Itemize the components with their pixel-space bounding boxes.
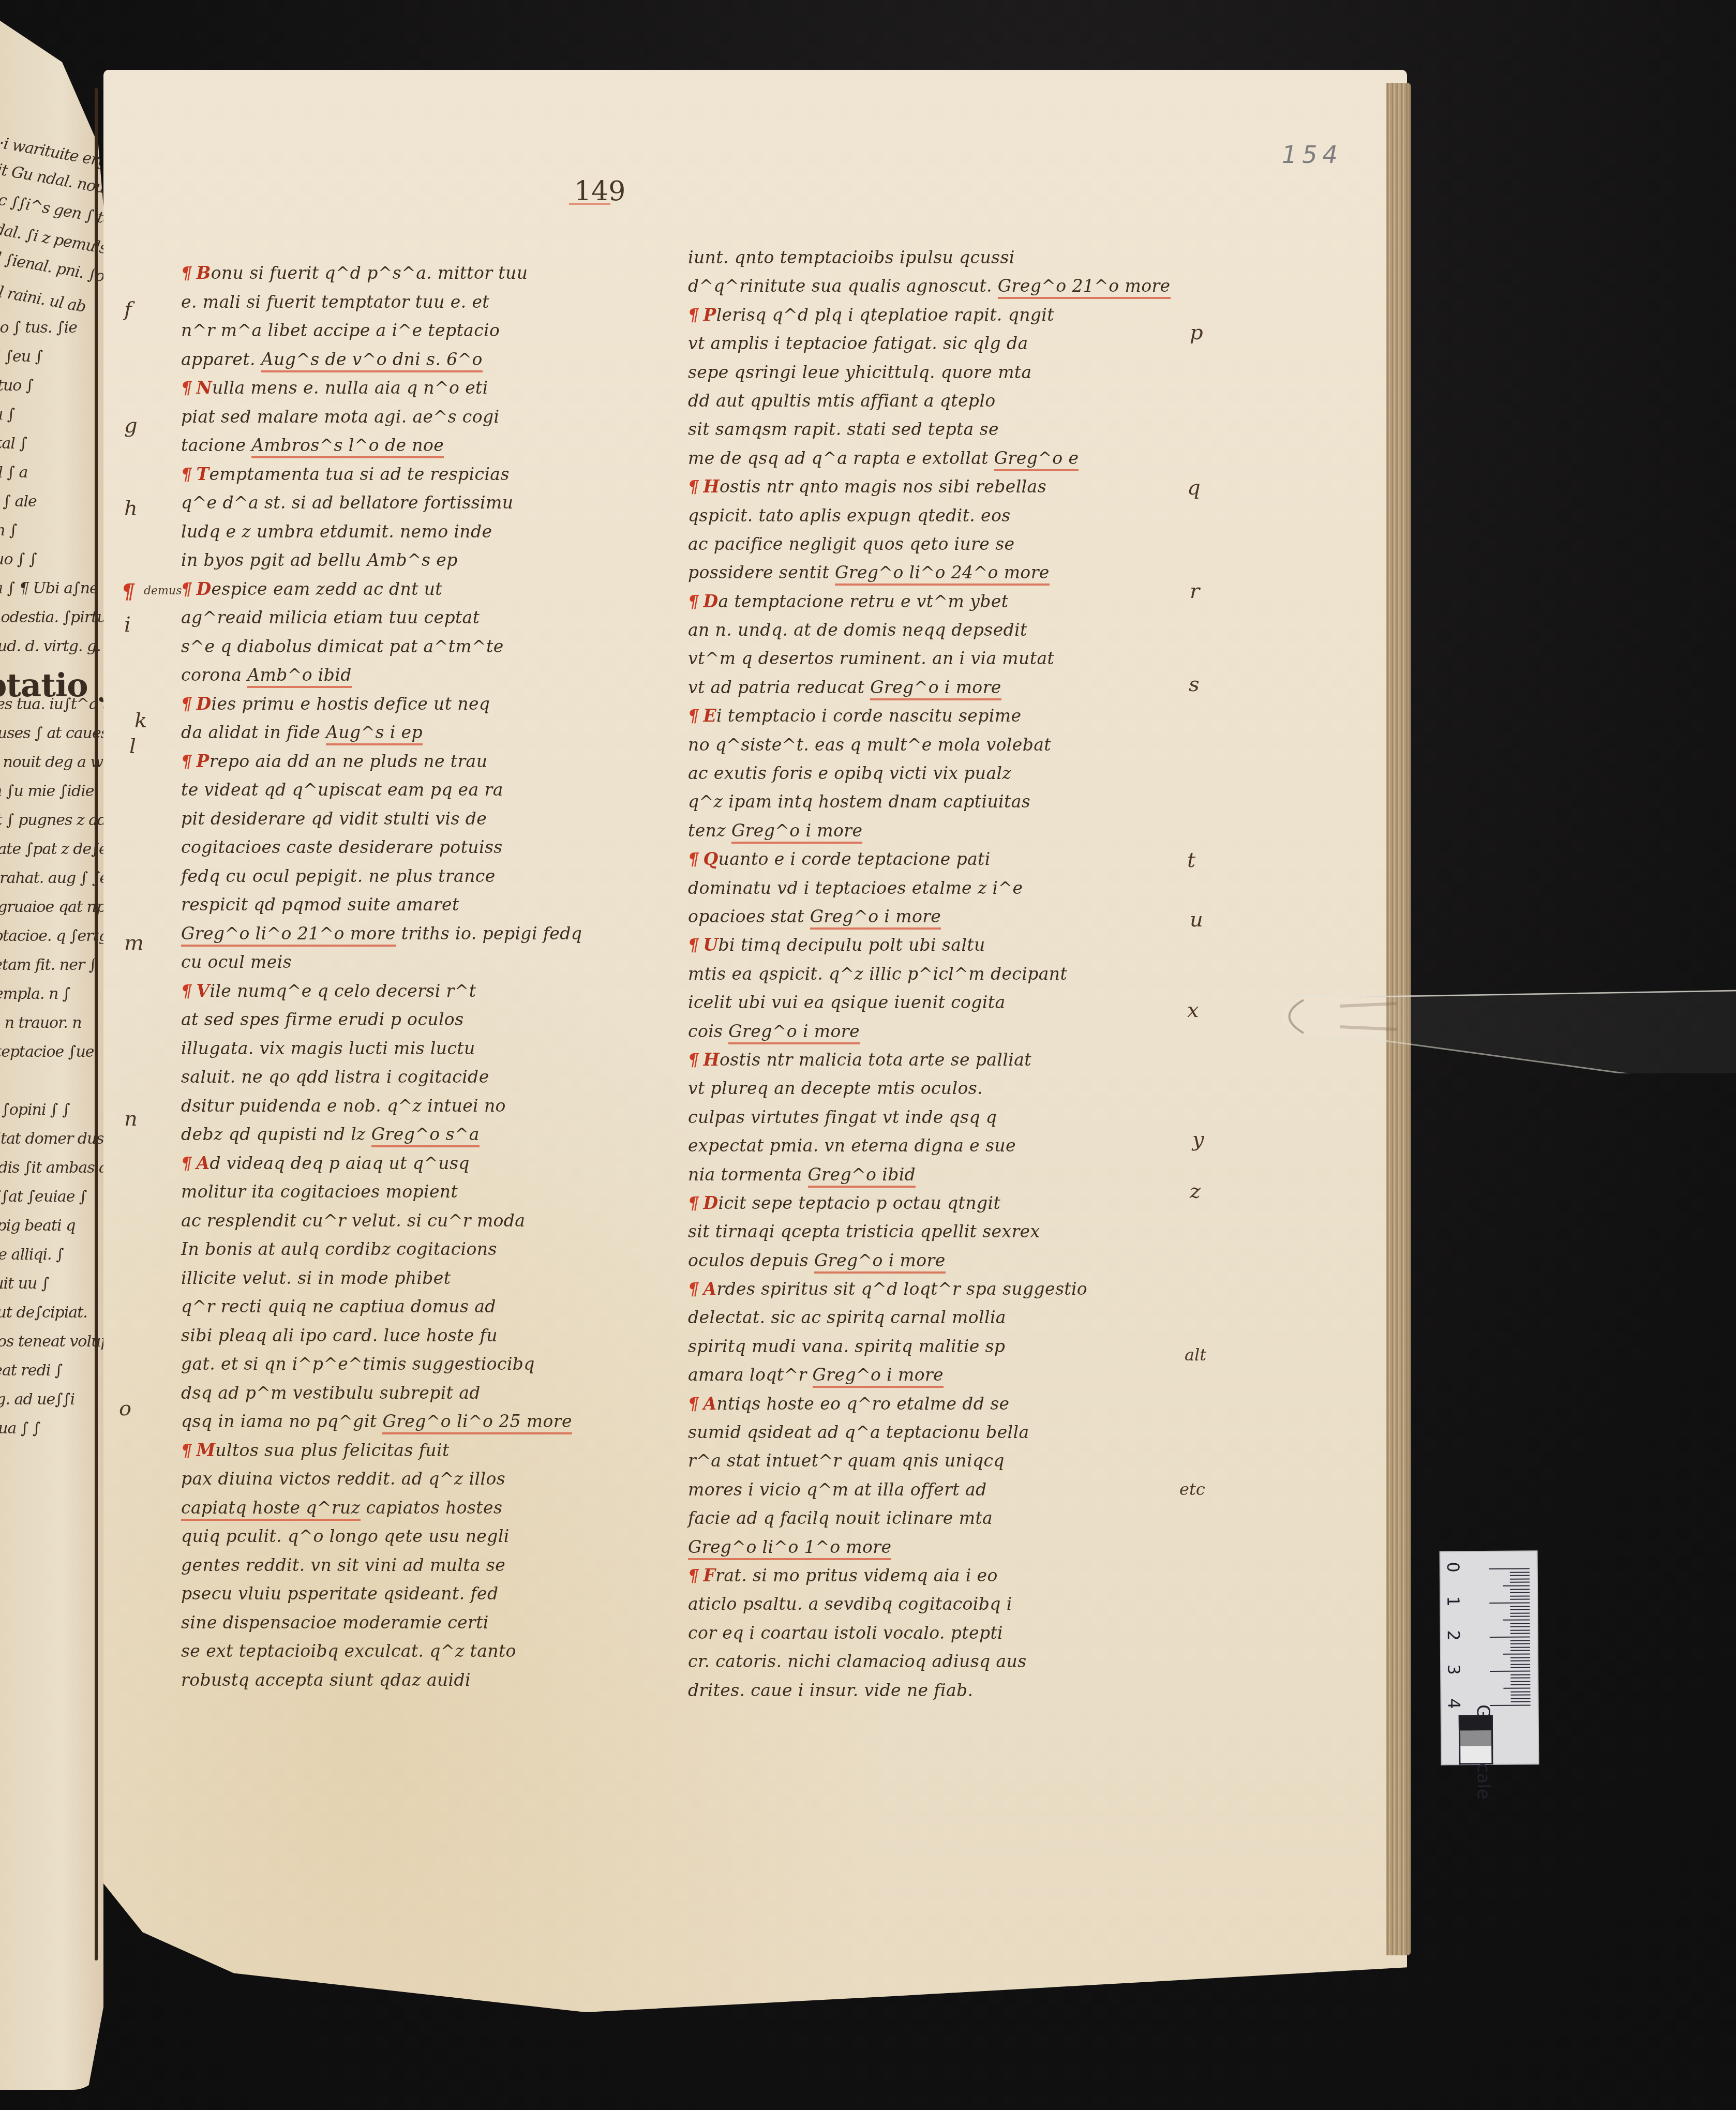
line-text: spiritq mudi vana. spiritq malitie sp [688, 1336, 1005, 1356]
ruler-tick [1489, 1602, 1530, 1604]
manuscript-line: ¶Prepo aia dd an ne pluds ne trau [181, 747, 590, 776]
line-text: ac resplendit cu^r velut. si cu^r moda [181, 1210, 525, 1231]
pilcrow-mark-icon: ¶ [685, 1189, 701, 1217]
left-page-line: . teptacioe ∫ue [0, 1043, 94, 1061]
left-page-line: nl raini. ul ab [0, 281, 87, 316]
manuscript-line: ¶Frat. si mo pritus videmq aia i eo [688, 1561, 1138, 1590]
folio-number-ink: 149 [574, 176, 625, 207]
pilcrow-mark-icon: ¶ [685, 301, 701, 329]
left-page-line: ha ∫ ¶ Ubi a∫ne [0, 579, 98, 597]
line-text: saluit. ne qo qdd listra i cogitacide [181, 1067, 489, 1087]
manuscript-line: oculos depuis Greg^o i more [688, 1246, 1138, 1275]
left-page-line: tuo ∫ tus. ∫ie [0, 319, 77, 337]
line-text: q^z ipam intq hostem dnam captiuitas [688, 791, 1030, 812]
line-text: Dicit sepe teptacio p octau qtngit [703, 1193, 1000, 1213]
ruler-tick [1510, 1589, 1530, 1590]
text-column-left: ¶Bonu si fuerit q^d p^s^a. mittor tuue. … [181, 259, 590, 1694]
manuscript-line: e. mali si fuerit temptator tuu e. et [181, 288, 590, 317]
line-text: facie ad q facilq nouit iclinare mta [688, 1508, 993, 1528]
ruler-tick [1510, 1684, 1530, 1685]
ruler-tick [1503, 1687, 1530, 1688]
line-text: Ad videaq deq p aiaq ut q^usq [196, 1153, 469, 1173]
manuscript-line: ¶Quanto e i corde teptacione pati [688, 845, 1138, 873]
manuscript-line: sine dispensacioe moderamie certi [181, 1608, 590, 1637]
margin-index-letter: alt [1185, 1345, 1206, 1365]
line-text: Despice eam zedd ac dnt ut [196, 579, 442, 599]
pilcrow-mark-icon: ¶ [178, 460, 194, 489]
manuscript-line: gat. et si qn i^p^e^timis suggestiocibq [181, 1350, 590, 1379]
line-text: drites. caue i insur. vide ne fiab. [688, 1680, 973, 1700]
line-text: Temptamenta tua si ad te respicias [196, 464, 509, 484]
manuscript-line: q^e d^a st. si ad bellatore fortissimu [181, 488, 590, 517]
margin-index-letter: h [124, 497, 138, 520]
line-text: opacioes stat [688, 906, 810, 926]
line-text: s^e q diabolus dimicat pat a^tm^te [181, 636, 504, 656]
ruler-tick [1510, 1674, 1530, 1675]
manuscript-line: ¶Nulla mens e. nulla aia q n^o eti [181, 373, 590, 402]
left-page-line: t pig beati q [0, 1217, 75, 1235]
line-text: robustq accepta siunt qdaz auidi [181, 1670, 471, 1690]
left-page-line: aud. d. virtg. g. [0, 637, 101, 655]
left-page-fragment: ·n·i warituite ergibusuit Gu ndal. nouit… [0, 21, 103, 2090]
line-text: mores i vicio q^m at illa offert ad [688, 1479, 986, 1500]
pilcrow-mark-icon: ¶ [685, 845, 701, 873]
manuscript-line: In bonis at aulq cordibz cogitacions [181, 1235, 590, 1264]
ruler-tick [1490, 1636, 1530, 1638]
pilcrow-mark-icon: ¶ [178, 690, 194, 719]
line-text: expectat pmia. vn eterna digna e sue [688, 1135, 1016, 1156]
manuscript-line: pit desiderare qd vidit stulti vis de [181, 804, 590, 833]
ruler-tick [1510, 1643, 1530, 1644]
manuscript-line: drites. caue i insur. vide ne fiab. [688, 1676, 1138, 1704]
ruler-tick-label: 1 [1443, 1596, 1463, 1607]
pilcrow-mark-icon: ¶ [685, 472, 701, 501]
manuscript-line: s^e q diabolus dimicat pat a^tm^te [181, 632, 590, 661]
margin-index-letter: o [119, 1397, 131, 1420]
rubric-citation: Greg^o i more [814, 1250, 946, 1274]
manuscript-line: mores i vicio q^m at illa offert ad [688, 1475, 1138, 1504]
rubric-citation: Greg^o li^o 24^o more [835, 562, 1050, 586]
manuscript-line: vt amplis i teptacioe fatigat. sic qlg d… [688, 329, 1138, 357]
manuscript-line: qsq in iama no pq^git Greg^o li^o 25 mor… [181, 1407, 590, 1436]
left-page-line: utal ∫ [0, 435, 27, 453]
margin-index-letter: f [124, 297, 132, 321]
manuscript-line: cois Greg^o i more [688, 1017, 1138, 1045]
rubric-citation: Aug^s i ep [326, 722, 423, 745]
manuscript-line: n^r m^a libet accipe a i^e teptacio [181, 316, 590, 345]
margin-index-letter: p [1190, 321, 1203, 345]
left-page-line: t ut de∫cipiat. [0, 1304, 87, 1322]
left-page-line: ul ∫ a [0, 463, 28, 482]
left-page-line: e rahat. aug ∫ ∫e [0, 869, 103, 887]
manuscript-line: expectat pmia. vn eterna digna e sue [688, 1131, 1138, 1160]
line-text: piat sed malare mota agi. ae^s cogi [181, 407, 499, 427]
ruler-tick-label: 2 [1444, 1630, 1463, 1641]
margin-index-letter: r [1190, 579, 1200, 603]
manuscript-line: saluit. ne qo qdd listra i cogitacide [181, 1063, 590, 1091]
manuscript-line: sit tirnaqi qcepta tristicia qpellit sex… [688, 1217, 1138, 1246]
margin-index-letter: l [129, 735, 136, 758]
line-text: Hostis ntr malicia tota arte se palliat [703, 1050, 1031, 1070]
manuscript-line: in byos pgit ad bellu Amb^s ep [181, 546, 590, 575]
rubric-citation: Greg^o i more [813, 1365, 944, 1388]
manuscript-line: cogitacioes caste desiderare potuiss [181, 833, 590, 862]
left-page-line: e∫∫at ∫euiae ∫ [0, 1188, 87, 1206]
rubric-citation: Greg^o ibid [808, 1164, 916, 1188]
ruler-tick [1510, 1572, 1530, 1573]
manuscript-line: pax diuina victos reddit. ad q^z illos [181, 1464, 590, 1493]
line-text: vt ad patria reducat [688, 677, 870, 697]
ruler-tick [1510, 1616, 1530, 1617]
manuscript-line: culpas virtutes fingat vt inde qsq q [688, 1103, 1138, 1131]
ruler-tick-label: 3 [1444, 1664, 1463, 1675]
line-text: ac exutis foris e opibq victi vix pualz [688, 763, 1011, 783]
manuscript-line: gentes reddit. vn sit vini ad multa se [181, 1551, 590, 1580]
manuscript-line: sibi pleaq ali ipo card. luce hoste fu [181, 1321, 590, 1350]
gray-swatch [1459, 1746, 1493, 1764]
ruler-tick [1490, 1670, 1530, 1672]
left-page-line: atuo ∫ [0, 377, 34, 395]
pilcrow-mark-icon: ¶ [178, 977, 194, 1006]
line-text: dd aut qpultis mtis affiant a qteplo [688, 391, 996, 411]
line-text: se ext teptacioibq exculcat. q^z tanto [181, 1641, 516, 1661]
manuscript-line: vt^m q desertos ruminent. an i via mutat [688, 644, 1138, 672]
line-text: sumid qsideat ad q^a teptacionu bella [688, 1422, 1029, 1442]
line-text: dsq ad p^m vestibulu subrepit ad [181, 1383, 481, 1403]
line-text: ludq e z umbra etdumit. nemo inde [181, 521, 492, 542]
margin-index-letter: u [1190, 908, 1203, 932]
manuscript-line: at sed spes firme erudi p oculos [181, 1005, 590, 1034]
line-text: oculos depuis [688, 1250, 814, 1270]
line-text: sit samqsm rapit. stati sed tepta se [688, 419, 999, 439]
line-text: possidere sentit [688, 562, 835, 582]
margin-index-letter: z [1190, 1179, 1201, 1203]
line-text: Prepo aia dd an ne pluds ne trau [196, 751, 487, 771]
line-text: fedq cu ocul pepigit. ne plus trance [181, 866, 496, 886]
manuscript-line: delectat. sic ac spiritq carnal mollia [688, 1303, 1138, 1331]
ruler-tick [1510, 1650, 1530, 1651]
line-text: culpas virtutes fingat vt inde qsq q [688, 1107, 997, 1127]
ruler-tick-label: 0 [1443, 1562, 1463, 1573]
line-text: e. mali si fuerit temptator tuu e. et [181, 292, 489, 312]
line-text: vt^m q desertos ruminent. an i via mutat [688, 648, 1054, 668]
ruler-tick [1510, 1623, 1530, 1624]
line-text: illicite velut. si in mode phibet [181, 1268, 451, 1288]
manuscript-line: sumid qsideat ad q^a teptacionu bella [688, 1418, 1138, 1446]
manuscript-line: ¶Ad videaq deq p aiaq ut q^usq [181, 1149, 590, 1178]
page-clip-icon [1262, 960, 1736, 1073]
line-text: me de qsq ad q^a rapta e extollat [688, 448, 994, 468]
manuscript-line: ¶Vile numq^e q celo decersi r^t [181, 977, 590, 1006]
margin-index-letter: i [124, 613, 131, 637]
margin-index-letter: etc [1179, 1479, 1205, 1499]
manuscript-line: d^q^rinitute sua qualis agnoscut. Greg^o… [688, 272, 1138, 300]
manuscript-line: dd aut qpultis mtis affiant a qteplo [688, 386, 1138, 415]
manuscript-line: no q^siste^t. eas q mult^e mola volebat [688, 730, 1138, 759]
line-text: Antiqs hoste eo q^ro etalme dd se [703, 1394, 1009, 1414]
line-text: quiq pculit. q^o longo qete usu negli [181, 1526, 510, 1546]
left-page-line: auses ∫ at caues ma [0, 724, 103, 742]
manuscript-line: sepe qsringi leue yhicittulq. quore mta [688, 358, 1138, 386]
left-page-line: ue alliqi. ∫ [0, 1246, 64, 1264]
left-page-line: bes tua. iu∫t^a tua. q [0, 695, 103, 713]
manuscript-line: spiritq mudi vana. spiritq malitie sp [688, 1332, 1138, 1360]
line-text: tenz [688, 820, 731, 841]
line-text: pax diuina victos reddit. ad q^z illos [181, 1469, 505, 1489]
manuscript-line: ¶Temptamenta tua si ad te respicias [181, 460, 590, 489]
manuscript-line: se ext teptacioibq exculcat. q^z tanto [181, 1637, 590, 1666]
manuscript-line: mtis ea qspicit. q^z illic p^icl^m decip… [688, 960, 1138, 988]
rubric-citation: Greg^o 21^o more [998, 276, 1171, 299]
manuscript-line: q^r recti quiq ne captiua domus ad [181, 1292, 590, 1321]
ruler-tick [1490, 1704, 1531, 1706]
line-text: Dies primu e hostis defice ut neq [196, 694, 490, 714]
line-text: Nulla mens e. nulla aia q n^o eti [196, 378, 488, 398]
manuscript-line: possidere sentit Greg^o li^o 24^o more [688, 558, 1138, 587]
line-text: qsq in iama no pq^git [181, 1411, 382, 1431]
left-page-line: ly ∫opini ∫ ∫ [0, 1101, 70, 1119]
line-text: da alidat in fide [181, 722, 326, 742]
ruler-tick [1511, 1701, 1531, 1702]
manuscript-line: ¶Antiqs hoste eo q^ro etalme dd se [688, 1389, 1138, 1418]
rubric-citation: Greg^o e [994, 448, 1079, 471]
ruler-tick [1510, 1599, 1530, 1600]
manuscript-line: ¶Hostis ntr qnto magis nos sibi rebellas [688, 472, 1138, 501]
manuscript-line: facie ad q facilq nouit iclinare mta [688, 1504, 1138, 1532]
ruler-tick [1510, 1667, 1530, 1668]
line-text: cor eq i coartau istoli vocalo. ptepti [688, 1623, 1003, 1643]
line-text: Ei temptacio i corde nascitu sepime [703, 706, 1021, 726]
line-text: Multos sua plus felicitas fuit [196, 1440, 449, 1460]
ruler-tick [1510, 1582, 1530, 1583]
manuscript-line: vt ad patria reducat Greg^o i more [688, 673, 1138, 701]
line-text: In bonis at aulq cordibz cogitacions [181, 1239, 497, 1259]
manuscript-line: ¶Bonu si fuerit q^d p^s^a. mittor tuu [181, 259, 590, 288]
pilcrow-mark-icon: ¶ [178, 259, 194, 288]
manuscript-line: ludq e z umbra etdumit. nemo inde [181, 517, 590, 546]
line-text: gat. et si qn i^p^e^timis suggestiocibq [181, 1354, 535, 1374]
manuscript-line: capiatq hoste q^ruz capiatos hostes [181, 1493, 590, 1522]
rubric-citation: Greg^o s^a [371, 1124, 480, 1147]
line-text: Plerisq q^d plq i qteplatioe rapit. qngi… [703, 305, 1054, 325]
rubric-citation: Greg^o li^o 1^o more [688, 1537, 891, 1560]
manuscript-line: da alidat in fide Aug^s i ep [181, 718, 590, 747]
folio-number-pencil: 154 [1282, 141, 1343, 169]
line-text: no q^siste^t. eas q mult^e mola volebat [688, 735, 1051, 755]
margin-index-letter: q [1187, 476, 1201, 500]
line-text: Ardes spiritus sit q^d loqt^r spa sugges… [703, 1279, 1087, 1299]
line-text: icelit ubi vui ea qsique iuenit cogita [688, 992, 1006, 1012]
left-page-line: au ∫ [0, 406, 14, 424]
manuscript-line: ac resplendit cu^r velut. si cu^r moda [181, 1206, 590, 1235]
ruler-tick [1510, 1629, 1530, 1630]
gray-scale-ruler: Gray Scale 01234 [1441, 1551, 1538, 1764]
line-text: sine dispensacioe moderamie certi [181, 1612, 489, 1633]
pilcrow-mark-icon: ¶ [178, 373, 194, 402]
manuscript-line: ¶Dies primu e hostis defice ut neq [181, 690, 590, 719]
left-page-line: guit uu ∫ [0, 1275, 49, 1293]
left-page-line: state ∫pat z de∫ed [0, 840, 103, 858]
manuscript-line: ag^reaid milicia etiam tuu ceptat [181, 603, 590, 632]
margin-index-letter: t [1187, 848, 1195, 872]
margin-index-letter: n [124, 1107, 138, 1131]
line-text: Frat. si mo pritus videmq aia i eo [703, 1565, 997, 1585]
rubric-citation: Greg^o i more [728, 1021, 860, 1044]
line-text: dominatu vd i teptacioes etalme z i^e [688, 878, 1023, 898]
pilcrow-mark-icon: ¶ [685, 701, 701, 730]
manuscript-line: ¶Multos sua plus felicitas fuit [181, 1436, 590, 1465]
ruler-tick [1510, 1640, 1530, 1641]
left-page-line: re n trauor. n [0, 1014, 82, 1032]
manuscript-line: molitur ita cogitacioes mopient [181, 1177, 590, 1206]
manuscript-line: ac exutis foris e opibq victi vix pualz [688, 759, 1138, 787]
line-text: Bonu si fuerit q^d p^s^a. mittor tuu [196, 263, 528, 283]
manuscript-line: fedq cu ocul pepigit. ne plus trance [181, 862, 590, 891]
pilcrow-mark-icon: ¶ [178, 747, 194, 776]
line-text: vt amplis i teptacioe fatigat. sic qlg d… [688, 333, 1028, 353]
ruler-tick [1511, 1698, 1531, 1699]
manuscript-line: opacioes stat Greg^o i more [688, 902, 1138, 931]
manuscript-line: tacione Ambros^s l^o de noe [181, 431, 590, 460]
manuscript-line: cor eq i coartau istoli vocalo. ptepti [688, 1619, 1138, 1647]
left-page-line: tn ∫u mie ∫idie [0, 782, 94, 800]
manuscript-line: icelit ubi vui ea qsique iuenit cogita [688, 988, 1138, 1016]
line-text: dsitur puidenda e nob. q^z intuei no [181, 1096, 506, 1116]
manuscript-line: debz qd qupisti nd lz Greg^o s^a [181, 1120, 590, 1149]
folio-number-underline [569, 203, 610, 205]
margin-index-letter: x [1187, 998, 1199, 1022]
line-text: apparet. [181, 349, 261, 369]
line-text: Da temptacione retru e vt^m ybet [703, 591, 1008, 611]
manuscript-line: nia tormenta Greg^o ibid [688, 1160, 1138, 1189]
line-text: psecu vluiu psperitate qsideant. fed [181, 1583, 499, 1604]
margin-index-letter: s [1189, 672, 1200, 696]
manuscript-line: robustq accepta siunt qdaz auidi [181, 1666, 590, 1695]
line-text-after: triths io. pepigi fedq [396, 923, 582, 944]
manuscript-line: ¶Despice eam zedd ac dnt ut [181, 575, 590, 604]
line-text: nia tormenta [688, 1164, 808, 1185]
left-page-line: templa. n ∫ [0, 985, 70, 1003]
left-page-line: oos teneat volup [0, 1333, 103, 1351]
rubric-citation: Amb^o ibid [247, 665, 352, 688]
pilcrow-mark-icon: ¶ [178, 1436, 194, 1465]
ruler-tick [1510, 1695, 1530, 1696]
manuscript-line: quiq pculit. q^o longo qete usu negli [181, 1522, 590, 1551]
manuscript-line: q^z ipam intq hostem dnam captiuitas [688, 787, 1138, 816]
manuscript-line: apparet. Aug^s de v^o dni s. 6^o [181, 345, 590, 374]
manuscript-line: ¶Ardes spiritus sit q^d loqt^r spa sugge… [688, 1275, 1138, 1303]
book-gutter [95, 88, 98, 1961]
manuscript-line: ¶Ei temptacio i corde nascitu sepime [688, 701, 1138, 730]
rubric-citation: Greg^o i more [810, 906, 941, 930]
line-text: gentes reddit. vn sit vini ad multa se [181, 1555, 505, 1575]
manuscript-line: ¶Hostis ntr malicia tota arte se palliat [688, 1045, 1138, 1074]
manuscript-line: dominatu vd i teptacioes etalme z i^e [688, 874, 1138, 902]
ruler-tick [1510, 1691, 1530, 1692]
manuscript-line: amara loqt^r Greg^o i more [688, 1360, 1138, 1389]
rubric-citation: Ambros^s l^o de noe [251, 435, 444, 458]
manuscript-line: dsitur puidenda e nob. q^z intuei no [181, 1091, 590, 1120]
left-page-line: qua ∫ ∫ [0, 1419, 40, 1438]
margin-note: demus [144, 585, 182, 597]
line-text: qspicit. tato aplis expugn qtedit. eos [688, 505, 1011, 526]
left-page-line: modestia. ∫pirtus an [0, 608, 103, 626]
line-text: amara loqt^r [688, 1365, 813, 1385]
manuscript-line: r^a stat intuet^r quam qnis uniqcq [688, 1446, 1138, 1475]
manuscript-line: me de qsq ad q^a rapta e extollat Greg^o… [688, 444, 1138, 472]
pilcrow-mark-icon: ¶ [685, 1275, 701, 1303]
manuscript-line: ¶Ubi timq decipulu polt ubi saltu [688, 931, 1138, 959]
left-page-line: ligruaioe qat npd [0, 898, 103, 916]
manuscript-line: ¶Dicit sepe teptacio p octau qtngit [688, 1189, 1138, 1217]
line-text: q^e d^a st. si ad bellatore fortissimu [181, 492, 513, 513]
manuscript-line: iunt. qnto temptacioibs ipulsu qcussi [688, 243, 1138, 272]
left-page-line: ni nouit deg a wo [0, 753, 103, 771]
ruler-tick [1510, 1612, 1530, 1613]
left-page-line: ui ∫ ale [0, 492, 37, 511]
manuscript-line: aticlo psaltu. a sevdibq cogitacoibq i [688, 1590, 1138, 1618]
rubric-citation: Greg^o i more [870, 677, 1001, 700]
left-page-line: ui ∫eu ∫ [0, 348, 42, 366]
pilcrow-mark-icon: ¶ [685, 1389, 701, 1418]
ruler-tick [1510, 1678, 1530, 1679]
left-page-line: ultat domer dus [0, 1130, 103, 1148]
manuscript-line: dsq ad p^m vestibulu subrepit ad [181, 1379, 590, 1408]
manuscript-line: illicite velut. si in mode phibet [181, 1264, 590, 1293]
ruler-tick [1510, 1657, 1530, 1658]
ruler-tick [1510, 1681, 1530, 1682]
pilcrow-mark-icon: ¶ [685, 931, 701, 959]
manuscript-line: vt plureq an decepte mtis oculos. [688, 1074, 1138, 1102]
manuscript-line: illugata. vix magis lucti mis luctu [181, 1034, 590, 1063]
line-text: r^a stat intuet^r quam qnis uniqcq [688, 1450, 1005, 1471]
ruler-tick [1510, 1609, 1530, 1610]
ruler-tick [1510, 1575, 1530, 1576]
line-text: cu ocul meis [181, 952, 292, 972]
line-text: Hostis ntr qnto magis nos sibi rebellas [703, 476, 1046, 497]
margin-index-letter: m [124, 931, 144, 955]
ruler-tick [1510, 1592, 1530, 1593]
ruler-tick-label: 4 [1444, 1698, 1464, 1709]
line-text: cr. catoris. nichi clamacioq adiusq aus [688, 1651, 1027, 1671]
manuscript-line: te videat qd q^upiscat eam pq ea ra [181, 775, 590, 804]
pilcrow-mark-icon: ¶ [178, 1149, 194, 1178]
line-text: debz qd qupisti nd lz [181, 1124, 371, 1144]
left-page-line: ng. ad ue∫∫i [0, 1390, 74, 1409]
line-text: pit desiderare qd vidit stulti vis de [181, 809, 487, 829]
left-page-line: i eat redi ∫ [0, 1361, 62, 1380]
ruler-tick [1503, 1619, 1530, 1620]
rubric-citation: Greg^o i more [731, 820, 863, 844]
line-text: mtis ea qspicit. q^z illic p^icl^m decip… [688, 964, 1067, 984]
line-text: te videat qd q^upiscat eam pq ea ra [181, 780, 503, 800]
ruler-tick [1510, 1606, 1530, 1607]
ruler-tick [1503, 1585, 1530, 1586]
line-text: illugata. vix magis lucti mis luctu [181, 1038, 475, 1058]
line-text: tacione [181, 435, 251, 455]
margin-index-letter: k [134, 709, 147, 732]
line-text: n^r m^a libet accipe a i^e teptacio [181, 320, 500, 340]
line-text: Quanto e i corde teptacione pati [703, 849, 990, 869]
pilcrow-mark-icon: ¶ [685, 1045, 701, 1074]
ruler-tick [1510, 1626, 1530, 1627]
line-text: Ubi timq decipulu polt ubi saltu [703, 935, 985, 955]
manuscript-line: ac pacifice negligit quos qeto iure se [688, 530, 1138, 558]
ruler-tick [1503, 1653, 1530, 1654]
rubric-citation: Aug^s de v^o dni s. 6^o [261, 349, 483, 372]
ruler-tick [1510, 1647, 1530, 1648]
manuscript-line: piat sed malare mota agi. ae^s cogi [181, 402, 590, 431]
